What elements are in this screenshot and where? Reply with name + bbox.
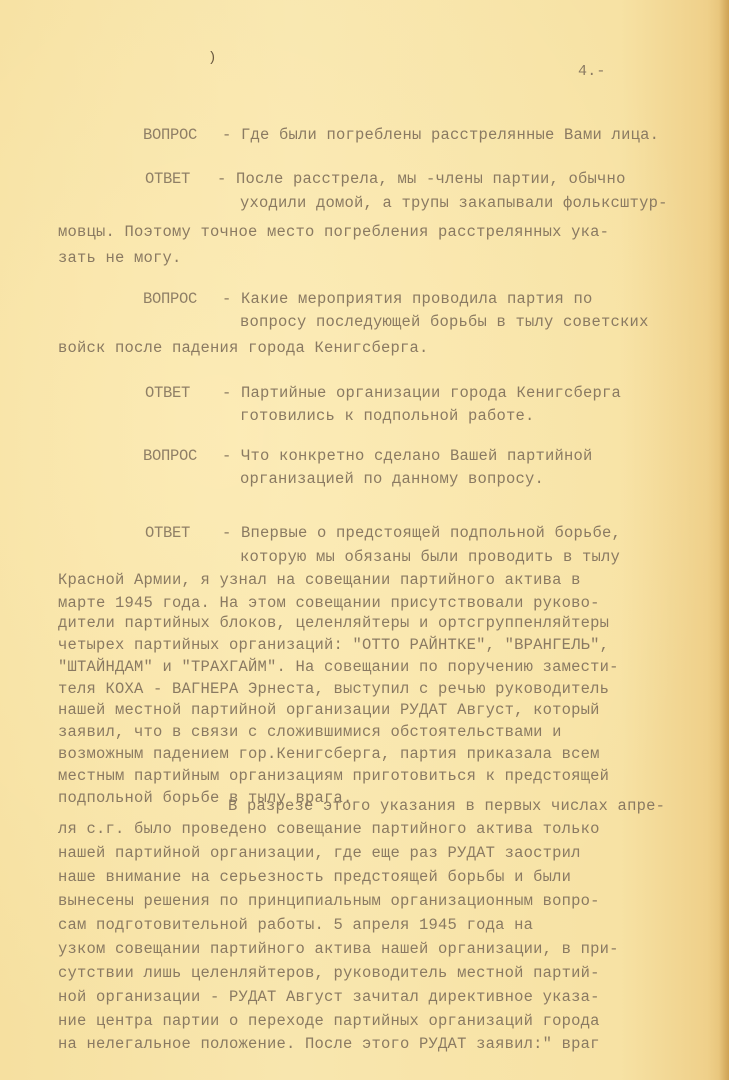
answer-text: В разрезе этого указания в первых числах… <box>228 797 665 815</box>
answer-text: готовились к подпольной работе. <box>240 407 535 425</box>
answer-text: вынесены решения по принципиальным орган… <box>58 892 600 910</box>
answer-text: зать не могу. <box>58 249 182 267</box>
answer-text: наше внимание на серьезность предстоящей… <box>58 868 571 886</box>
answer-text: уходили домой, а трупы закапывали фолькс… <box>240 194 668 212</box>
answer-text: нашей партийной организации, где еще раз… <box>58 844 581 862</box>
answer-text: сутствии лишь целенляйтеров, руководител… <box>58 964 600 982</box>
answer-label: ОТВЕТ <box>145 170 190 188</box>
answer-text: - После расстрела, мы -члены партии, обы… <box>217 170 626 188</box>
answer-text: на нелегальное положение. После этого РУ… <box>58 1035 600 1053</box>
answer-text: сам подготовительной работы. 5 апреля 19… <box>58 916 533 934</box>
answer-text: теля КОХА - ВАГНЕРА Эрнеста, выступил с … <box>58 680 609 698</box>
question-label: ВОПРОС <box>143 290 197 308</box>
answer-text: заявил, что в связи с сложившимися обсто… <box>58 723 562 741</box>
page-edge-shadow <box>719 0 729 1080</box>
answer-label: ОТВЕТ <box>145 384 190 402</box>
answer-text: - Впервые о предстоящей подпольной борьб… <box>222 524 621 542</box>
answer-text: ля с.г. было проведено совещание партийн… <box>58 820 600 838</box>
question-text: войск после падения города Кенигсберга. <box>58 339 429 357</box>
answer-text: четырех партийных организаций: "ОТТО РАЙ… <box>58 636 609 654</box>
answer-label: ОТВЕТ <box>145 524 190 542</box>
answer-text: ние центра партии о переходе партийных о… <box>58 1012 600 1030</box>
answer-text: нашей местной партийной организации РУДА… <box>58 701 600 719</box>
question-text: организацией по данному вопросу. <box>240 470 544 488</box>
ink-mark: ) <box>208 50 216 66</box>
answer-text: "ШТАЙНДАМ" и "ТРАХГАЙМ". На совещании по… <box>58 658 619 676</box>
question-text: - Что конкретно сделано Вашей партийной <box>222 447 593 465</box>
question-text: вопросу последующей борьбы в тылу советс… <box>240 313 649 331</box>
page-number: 4.- <box>578 63 606 81</box>
answer-text: местным партийным организациям приготови… <box>58 767 609 785</box>
answer-text: ной организации - РУДАТ Август зачитал д… <box>58 988 600 1006</box>
answer-text: которую мы обязаны были проводить в тылу <box>240 548 620 566</box>
answer-text: - Партийные организации города Кенигсбер… <box>222 384 621 402</box>
answer-text: Красной Армии, я узнал на совещании парт… <box>58 571 581 589</box>
question-label: ВОПРОС <box>143 447 197 465</box>
document-page: ) 4.- ВОПРОС - Где были погреблены расст… <box>0 0 729 1080</box>
answer-text: мовцы. Поэтому точное место погребления … <box>58 223 609 241</box>
answer-text: дители партийных блоков, целенляйтеры и … <box>58 614 609 632</box>
answer-text: узком совещании партийного актива нашей … <box>58 940 619 958</box>
question-text: - Где были погреблены расстрелянные Вами… <box>222 126 659 144</box>
answer-text: марте 1945 года. На этом совещании прису… <box>58 594 600 612</box>
question-label: ВОПРОС <box>143 126 197 144</box>
answer-text: возможным падением гор.Кенигсберга, парт… <box>58 745 600 763</box>
question-text: - Какие мероприятия проводила партия по <box>222 290 593 308</box>
